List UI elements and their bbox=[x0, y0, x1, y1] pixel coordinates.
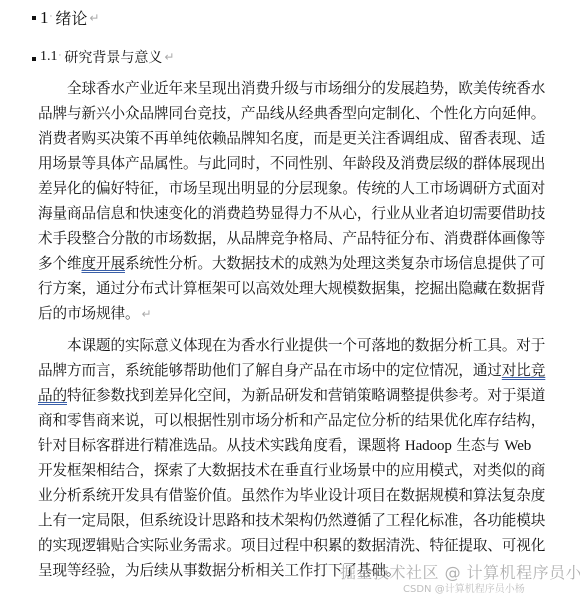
paragraph-mark-icon: ↵ bbox=[141, 307, 151, 321]
text-line: 用场景等具体产品属性。与此同时，不同性别、年龄段及消费层级的群体展现出 bbox=[38, 154, 528, 174]
grammar-underline[interactable]: 度开展 bbox=[81, 255, 124, 272]
text-line: 后的市场规律。↵ bbox=[38, 304, 528, 324]
text-line: 品的特征参数找到差异化空间，为新品研发和营销策略调整提供参考。对于渠道 bbox=[38, 386, 528, 406]
text-line: 业分析系统开发具有借鉴价值。虽然作为毕业设计项目在数据规模和算法复杂度 bbox=[38, 486, 528, 506]
text-line: 开发框架相结合，探索了大数据技术在垂直行业场景中的应用模式，对类似的商 bbox=[38, 461, 528, 481]
separator-dot: · bbox=[59, 51, 62, 61]
text-line: 全球香水产业近年来呈现出消费升级与市场细分的发展趋势，欧美传统香水 bbox=[67, 79, 528, 99]
heading-title: 绪论 bbox=[55, 6, 87, 29]
text-line: 品牌方而言，系统能够帮助他们了解自身产品在市场中的定位情况，通过对比竞 bbox=[38, 361, 528, 381]
text-line: 上有一定局限，但系统设计思路和技术架构仍然遵循了工程化标准，各功能模块 bbox=[38, 511, 528, 531]
text-line: 术手段整合分散的市场数据，从品牌竞争格局、产品特征分布、消费群体画像等 bbox=[38, 229, 528, 249]
text-line: 行方案，通过分布式计算框架可以高效处理大规模数据集，挖掘出隐藏在数据背 bbox=[38, 279, 528, 299]
heading-number: 1 bbox=[40, 8, 49, 28]
heading-level-1[interactable]: 1 · 绪论 ↵ bbox=[32, 6, 99, 29]
text-segment-latin: Hadoop bbox=[405, 438, 452, 454]
paragraph-mark-icon: ↵ bbox=[164, 50, 174, 64]
grammar-underline[interactable]: 品的 bbox=[38, 387, 67, 404]
text-segment: 针对目标客群进行精准选品。从技术实践角度看，课题将 bbox=[38, 437, 405, 454]
grammar-underline[interactable]: 对比竞 bbox=[502, 362, 545, 379]
text-segment: 多个维 bbox=[38, 255, 81, 272]
text-line: 差异化的偏好特征，市场呈现出明显的分层现象。传统的人工市场调研方式面对 bbox=[38, 179, 528, 199]
heading-bullet-icon bbox=[32, 57, 36, 61]
text-line: 的实现逻辑贴合实际业务需求。项目过程中积累的数据清洗、特征提取、可视化 bbox=[38, 536, 528, 556]
watermark-csdn: CSDN @计算机程序员小杨 bbox=[403, 580, 525, 595]
text-line: 消费者购买决策不再单纯依赖品牌知名度，而是更关注香调组成、留香表现、适 bbox=[38, 129, 528, 149]
text-segment: 系统性分析。大数据技术的成熟为处理这类复杂市场信息提供了可 bbox=[125, 255, 545, 272]
text-line: 品牌与新兴小众品牌同台竞技，产品线从经典香型向定制化、个性化方向延伸。 bbox=[38, 104, 528, 124]
heading-number: 1.1 bbox=[40, 49, 58, 65]
text-line: 多个维度开展系统性分析。大数据技术的成熟为处理这类复杂市场信息提供了可 bbox=[38, 254, 528, 274]
text-segment: 生态与 bbox=[452, 437, 505, 454]
text-line: 海量商品信息和快速变化的消费趋势显得力不从心，行业从业者迫切需要借助技 bbox=[38, 204, 528, 224]
heading-title: 研究背景与意义 bbox=[64, 47, 162, 67]
heading-level-2[interactable]: 1.1 · 研究背景与意义 ↵ bbox=[32, 47, 174, 67]
text-line: 本课题的实际意义体现在为香水行业提供一个可落地的数据分析工具。对于 bbox=[67, 336, 528, 356]
paragraph-mark-icon: ↵ bbox=[89, 11, 99, 25]
text-segment: 后的市场规律。 bbox=[38, 305, 139, 322]
heading-bullet-icon bbox=[32, 16, 36, 20]
text-segment: 品牌方而言，系统能够帮助他们了解自身产品在市场中的定位情况，通过 bbox=[38, 362, 502, 379]
text-segment: 特征参数找到差异化空间，为新品研发和营销策略调整提供参考。对于渠道 bbox=[67, 387, 545, 404]
separator-dot: · bbox=[50, 12, 53, 22]
text-line: 针对目标客群进行精准选品。从技术实践角度看，课题将 Hadoop 生态与 Web bbox=[38, 436, 528, 456]
text-line: 商和零售商来说，可以根据性别市场分析和产品定位分析的结果优化库存结构， bbox=[38, 411, 528, 431]
text-segment-latin: Web bbox=[504, 438, 531, 454]
document-page: 1 · 绪论 ↵ 1.1 · 研究背景与意义 ↵ 全球香水产业近年来呈现出消费升… bbox=[0, 0, 580, 595]
